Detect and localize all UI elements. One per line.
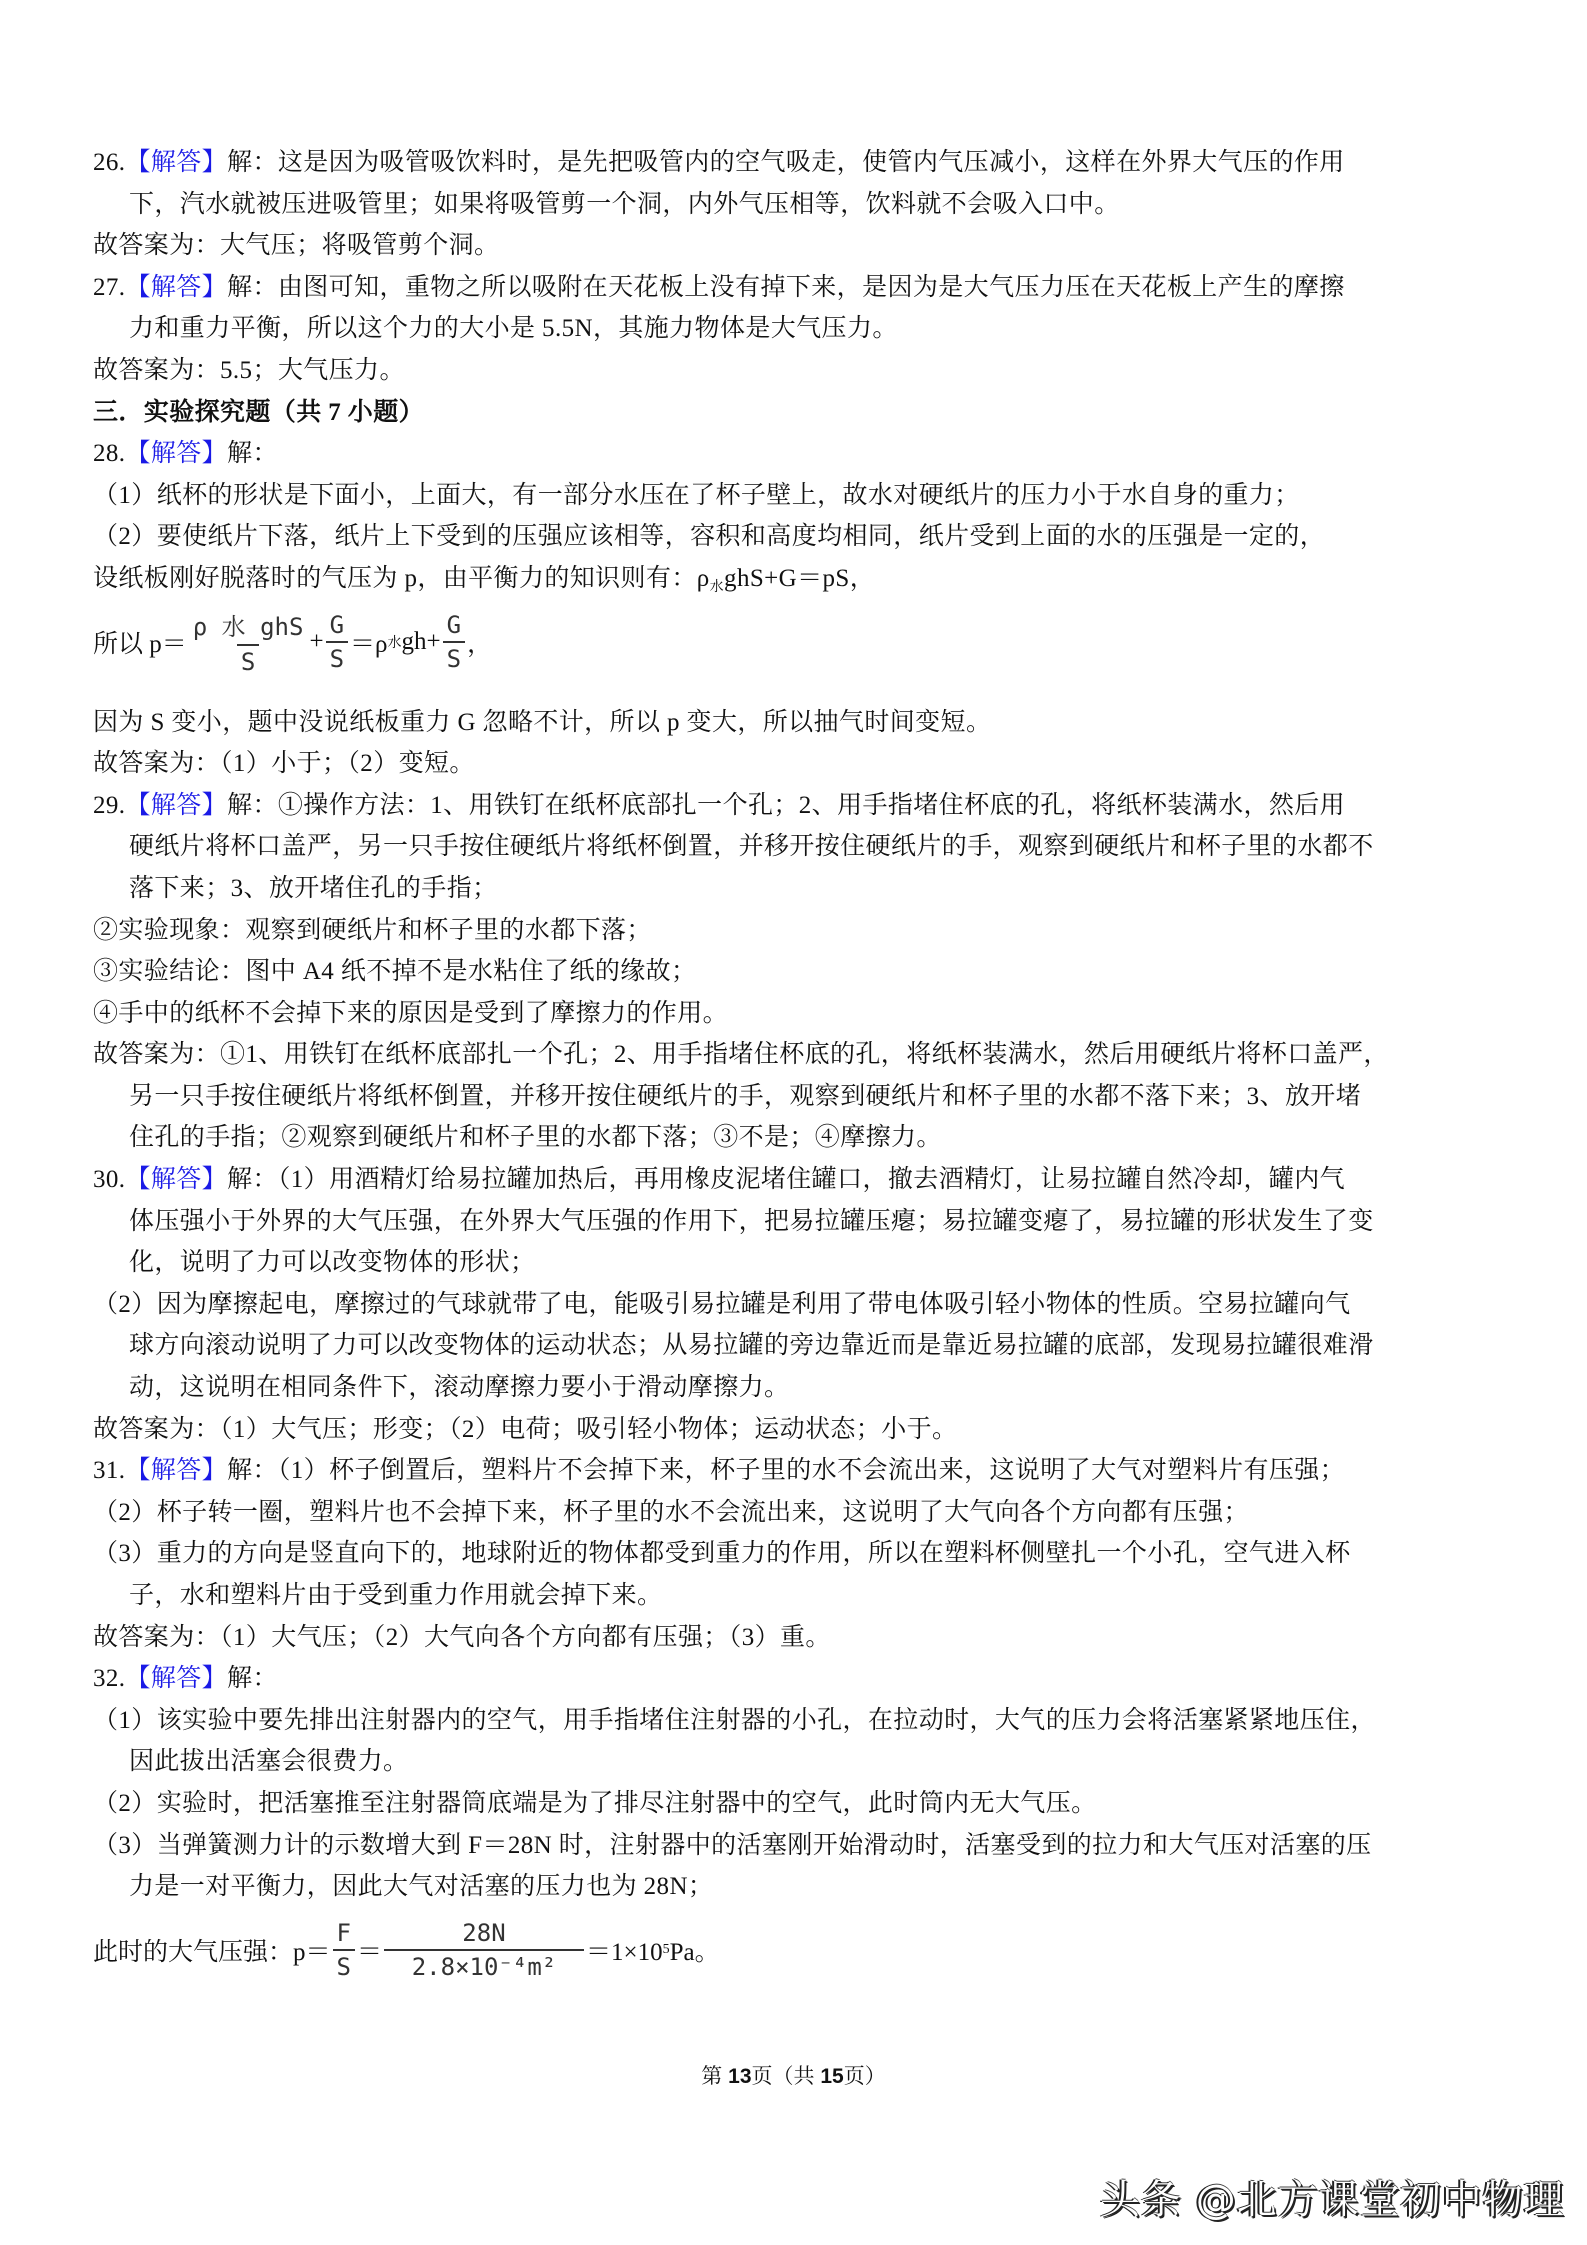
- document-page: 26.【解答】解：这是因为吸管吸饮料时，是先把吸管内的空气吸走，使管内气压减小，…: [0, 0, 1587, 2245]
- q28-part-1: （1）纸杯的形状是下面小，上面大，有一部分水压在了杯子壁上，故水对硬纸片的压力小…: [93, 475, 1505, 517]
- q28-final-answer: 故答案为：（1）小于；（2）变短。: [93, 743, 1505, 785]
- formula-mid: gh+: [402, 628, 441, 656]
- plus-sign: +: [309, 628, 323, 656]
- q29-part-3: ③实验结论：图中 A4 纸不掉不是水粘住了纸的缘故；: [93, 951, 1505, 993]
- numerator: F: [333, 1919, 355, 1949]
- q31-part-3-line-2: 子，水和塑料片由于受到重力作用就会掉下来。: [93, 1575, 1505, 1617]
- q27-final-answer: 故答案为：5.5；大气压力。: [93, 350, 1505, 392]
- q26-line-1: 26.【解答】解：这是因为吸管吸饮料时，是先把吸管内的空气吸走，使管内气压减小，…: [93, 142, 1505, 184]
- footer-text: 页（共: [752, 2065, 821, 2088]
- question-number: 30.: [93, 1166, 125, 1193]
- q29-part-2: ②实验现象：观察到硬纸片和杯子里的水都下落；: [93, 910, 1505, 952]
- q28-part-2b: 设纸板刚好脱落时的气压为 p，由平衡力的知识则有：ρ水ghS+G＝pS，: [93, 558, 1505, 600]
- answer-tag: 【解答】: [125, 1457, 227, 1484]
- formula-prefix: 所以 p＝: [93, 624, 187, 660]
- denominator: S: [333, 1949, 355, 1981]
- numerator: 28N: [458, 1919, 509, 1949]
- q32-part-1-line-1: （1）该实验中要先排出注射器内的空气，用手指堵住注射器的小孔，在拉动时，大气的压…: [93, 1700, 1505, 1742]
- q29-part-4: ④手中的纸杯不会掉下来的原因是受到了摩擦力的作用。: [93, 993, 1505, 1035]
- q27-line-2: 力和重力平衡，所以这个力的大小是 5.5N，其施力物体是大气压力。: [93, 308, 1505, 350]
- q31-text: 解：（1）杯子倒置后，塑料片不会掉下来，杯子里的水不会流出来，这说明了大气对塑料…: [227, 1457, 1345, 1484]
- q32-part-3-line-1: （3）当弹簧测力计的示数增大到 F＝28N 时，注射器中的活塞刚开始滑动时，活塞…: [93, 1825, 1505, 1867]
- q31-part-2: （2）杯子转一圈，塑料片也不会掉下来，杯子里的水不会流出来，这说明了大气向各个方…: [93, 1492, 1505, 1534]
- q30-line-3: 化，说明了力可以改变物体的形状；: [93, 1242, 1505, 1284]
- q27-text: 解：由图可知，重物之所以吸附在天花板上没有掉下来，是因为是大气压力压在天花板上产…: [227, 274, 1345, 301]
- question-number: 26.: [93, 149, 125, 176]
- section-heading: 三．实验探究题（共 7 小题）: [93, 392, 1505, 434]
- q28-part-3: 因为 S 变小，题中没说纸板重力 G 忽略不计，所以 p 变大，所以抽气时间变短…: [93, 702, 1505, 744]
- q31-part-3-line-1: （3）重力的方向是竖直向下的，地球附近的物体都受到重力的作用，所以在塑料杯侧壁扎…: [93, 1533, 1505, 1575]
- q27-line-1: 27.【解答】解：由图可知，重物之所以吸附在天花板上没有掉下来，是因为是大气压力…: [93, 267, 1505, 309]
- q28-part-2: （2）要使纸片下落，纸片上下受到的压强应该相等，容积和高度均相同，纸片受到上面的…: [93, 516, 1505, 558]
- answer-tag: 【解答】: [125, 440, 227, 467]
- fraction: ρ 水 ghSS: [189, 607, 308, 676]
- total-page-number: 15: [820, 2065, 843, 2088]
- equals: ＝ρ: [350, 624, 387, 660]
- equals: ＝: [357, 1932, 382, 1968]
- denominator: 2.8×10⁻⁴m²: [384, 1949, 584, 1981]
- q30-part-2-line-2: 球方向滚动说明了力可以改变物体的运动状态；从易拉罐的旁边靠近而是靠近易拉罐的底部…: [93, 1325, 1505, 1367]
- q29-final-line-3: 住孔的手指；②观察到硬纸片和杯子里的水都下落；③不是；④摩擦力。: [93, 1117, 1505, 1159]
- numerator: ρ 水 ghS: [189, 607, 308, 644]
- question-number: 31.: [93, 1457, 125, 1484]
- q28-text: ghS+G＝pS，: [724, 565, 875, 592]
- q26-final-answer: 故答案为：大气压；将吸管剪个洞。: [93, 225, 1505, 267]
- q29-final-line-1: 故答案为：①1、用铁钉在纸杯底部扎一个孔；2、用手指堵住杯底的孔，将纸杯装满水，…: [93, 1034, 1505, 1076]
- q31-line-1: 31.【解答】解：（1）杯子倒置后，塑料片不会掉下来，杯子里的水不会流出来，这说…: [93, 1450, 1505, 1492]
- answer-content: 26.【解答】解：这是因为吸管吸饮料时，是先把吸管内的空气吸走，使管内气压减小，…: [93, 142, 1505, 1992]
- q30-part-2-line-1: （2）因为摩擦起电，摩擦过的气球就带了电，能吸引易拉罐是利用了带电体吸引轻小物体…: [93, 1284, 1505, 1326]
- answer-tag: 【解答】: [125, 1166, 227, 1193]
- fraction: 28N2.8×10⁻⁴m²: [384, 1919, 584, 1981]
- numerator: G: [326, 611, 348, 641]
- numerator: G: [443, 611, 465, 641]
- q28-text: 设纸板刚好脱落时的气压为 p，由平衡力的知识则有：ρ: [93, 565, 710, 592]
- answer-tag: 【解答】: [125, 149, 227, 176]
- q26-text: 解：这是因为吸管吸饮料时，是先把吸管内的空气吸走，使管内气压减小，这样在外界大气…: [227, 149, 1345, 176]
- q32-formula: 此时的大气压强：p＝ FS ＝ 28N2.8×10⁻⁴m² ＝1×105Pa。: [93, 1908, 1505, 1992]
- q29-line-3: 落下来；3、放开堵住孔的手指；: [93, 868, 1505, 910]
- subscript: 水: [710, 580, 724, 595]
- q29-final-line-2: 另一只手按住硬纸片将纸杯倒置，并移开按住硬纸片的手，观察到硬纸片和杯子里的水都不…: [93, 1076, 1505, 1118]
- fraction: GS: [326, 611, 348, 673]
- q29-line-2: 硬纸片将杯口盖严，另一只手按住硬纸片将纸杯倒置，并移开按住硬纸片的手，观察到硬纸…: [93, 826, 1505, 868]
- question-number: 28.: [93, 440, 125, 467]
- q32-part-2: （2）实验时，把活塞推至注射器筒底端是为了排尽注射器中的空气，此时筒内无大气压。: [93, 1783, 1505, 1825]
- formula-result: ＝1×10: [586, 1932, 663, 1968]
- superscript: 5: [663, 1942, 670, 1958]
- q32-part-1-line-2: 因此拔出活塞会很费力。: [93, 1741, 1505, 1783]
- subscript: 水: [388, 632, 402, 652]
- watermark: 头条 @北方课堂初中物理: [1100, 2168, 1565, 2225]
- q30-final-answer: 故答案为：（1）大气压；形变；（2）电荷；吸引轻小物体；运动状态；小于。: [93, 1409, 1505, 1451]
- q31-final-answer: 故答案为：（1）大气压；（2）大气向各个方向都有压强；（3）重。: [93, 1617, 1505, 1659]
- q32-part-3-line-2: 力是一对平衡力，因此大气对活塞的压力也为 28N；: [93, 1866, 1505, 1908]
- question-number: 32.: [93, 1665, 125, 1692]
- q30-part-2-line-3: 动，这说明在相同条件下，滚动摩擦力要小于滑动摩擦力。: [93, 1367, 1505, 1409]
- q30-text: 解：（1）用酒精灯给易拉罐加热后，再用橡皮泥堵住罐口，撤去酒精灯，让易拉罐自然冷…: [227, 1166, 1345, 1193]
- q32-head-text: 解：: [227, 1665, 278, 1692]
- q28-formula: 所以 p＝ ρ 水 ghSS + GS ＝ρ水gh+ GS ，: [93, 600, 1505, 684]
- answer-tag: 【解答】: [125, 274, 227, 301]
- formula-suffix: ，: [467, 624, 492, 660]
- denominator: S: [443, 641, 465, 673]
- formula-unit: Pa。: [670, 1932, 720, 1968]
- q26-line-2: 下，汽水就被压进吸管里；如果将吸管剪一个洞，内外气压相等，饮料就不会吸入口中。: [93, 184, 1505, 226]
- q28-head: 28.【解答】解：: [93, 433, 1505, 475]
- denominator: S: [326, 641, 348, 673]
- footer-text: 第: [701, 2065, 728, 2088]
- answer-tag: 【解答】: [125, 1665, 227, 1692]
- q28-head-text: 解：: [227, 440, 278, 467]
- q30-line-1: 30.【解答】解：（1）用酒精灯给易拉罐加热后，再用橡皮泥堵住罐口，撤去酒精灯，…: [93, 1159, 1505, 1201]
- q30-line-2: 体压强小于外界的大气压强，在外界大气压强的作用下，把易拉罐压瘪；易拉罐变瘪了，易…: [93, 1201, 1505, 1243]
- page-footer: 第 13页（共 15页）: [0, 2060, 1587, 2090]
- q29-line-1: 29.【解答】解：①操作方法：1、用铁钉在纸杯底部扎一个孔；2、用手指堵住杯底的…: [93, 785, 1505, 827]
- formula-prefix: 此时的大气压强：p＝: [93, 1932, 331, 1968]
- answer-tag: 【解答】: [125, 792, 227, 819]
- fraction: FS: [333, 1919, 355, 1981]
- denominator: S: [237, 644, 259, 676]
- question-number: 27.: [93, 274, 125, 301]
- q32-head: 32.【解答】解：: [93, 1658, 1505, 1700]
- fraction: GS: [443, 611, 465, 673]
- footer-text: 页）: [844, 2065, 886, 2088]
- question-number: 29.: [93, 792, 125, 819]
- current-page-number: 13: [728, 2065, 751, 2088]
- q29-text: 解：①操作方法：1、用铁钉在纸杯底部扎一个孔；2、用手指堵住杯底的孔，将纸杯装满…: [227, 792, 1345, 819]
